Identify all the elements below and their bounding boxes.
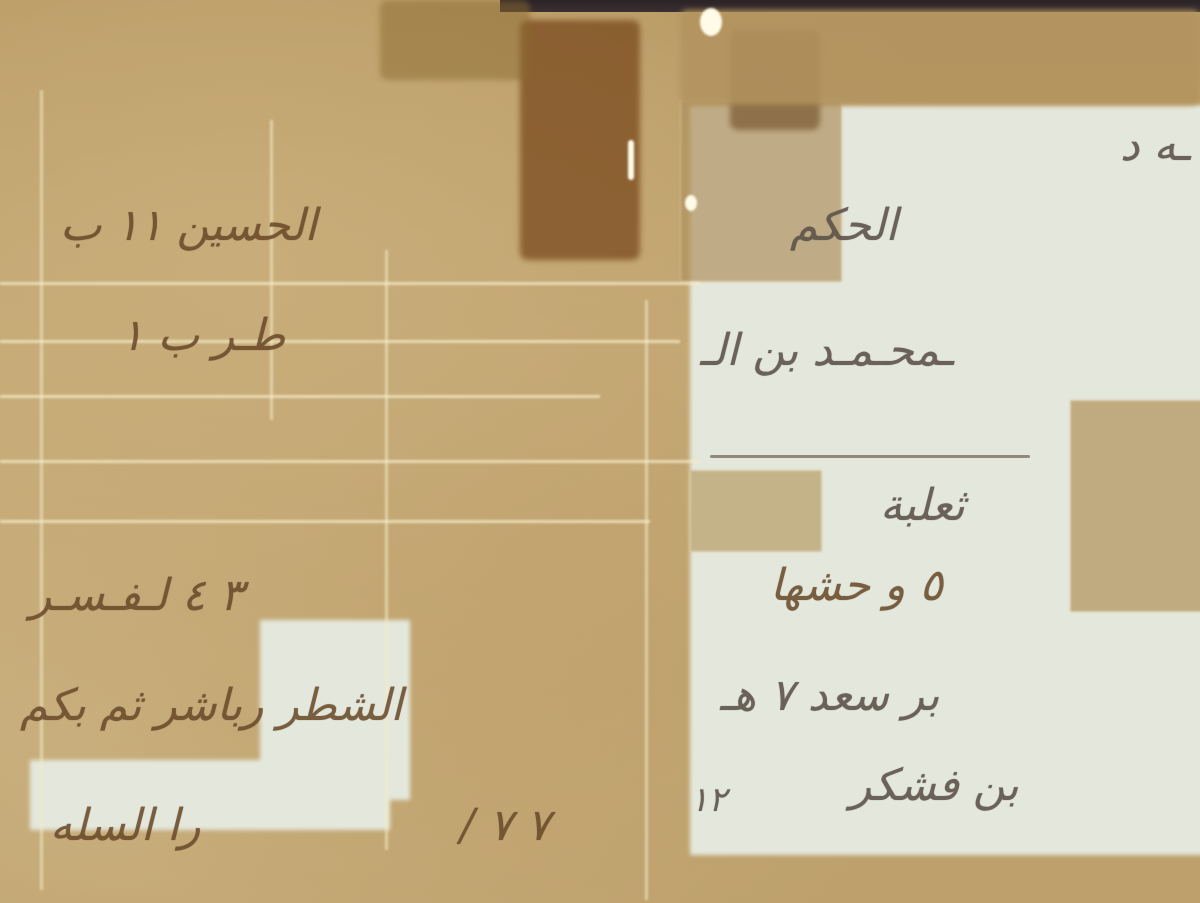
tape-patch (690, 470, 822, 552)
script-line: را السله (50, 800, 201, 851)
paper-crack (0, 520, 650, 523)
script-line: بن فشكر (850, 760, 1019, 811)
tape-patch (1070, 400, 1200, 612)
script-line: الحسين ١١ ب (60, 200, 317, 251)
script-line: بر سعد ٧ هـ (720, 670, 939, 721)
dark-stain (380, 0, 530, 80)
glare-spot (685, 195, 697, 211)
script-line: ١٢ (690, 780, 727, 820)
paper-crack (0, 460, 700, 463)
script-line: ـه د (1120, 120, 1190, 171)
script-line: الحكم (790, 200, 898, 251)
glare-spot (700, 8, 722, 36)
script-line: ٥ و حشها (770, 560, 943, 611)
paper-crack (385, 250, 388, 850)
script-line: ثعلبة (880, 480, 965, 531)
glare-spot (628, 140, 634, 180)
paper-crack (645, 300, 648, 900)
paper-crack (0, 340, 680, 343)
paper-crack (40, 90, 43, 890)
manuscript-photo: ـه د الحكم ـمحـمـد بن الـ ثعلبة ٥ و حشها… (0, 0, 1200, 903)
top-band (680, 10, 1200, 105)
script-line: الشطر رباشر ثم بكم (20, 680, 403, 731)
dark-stain (520, 20, 640, 260)
paper-crack (0, 395, 600, 398)
script-line: طـر ب ١ (120, 310, 285, 361)
script-line: ٧ ٧ / (460, 800, 550, 851)
script-line: ـمحـمـد بن الـ (700, 325, 953, 376)
script-line: ٣ ٤ لـفـسـر (30, 570, 243, 621)
underline-stroke (710, 455, 1030, 458)
paper-crack (270, 120, 273, 420)
paper-crack (0, 282, 700, 285)
